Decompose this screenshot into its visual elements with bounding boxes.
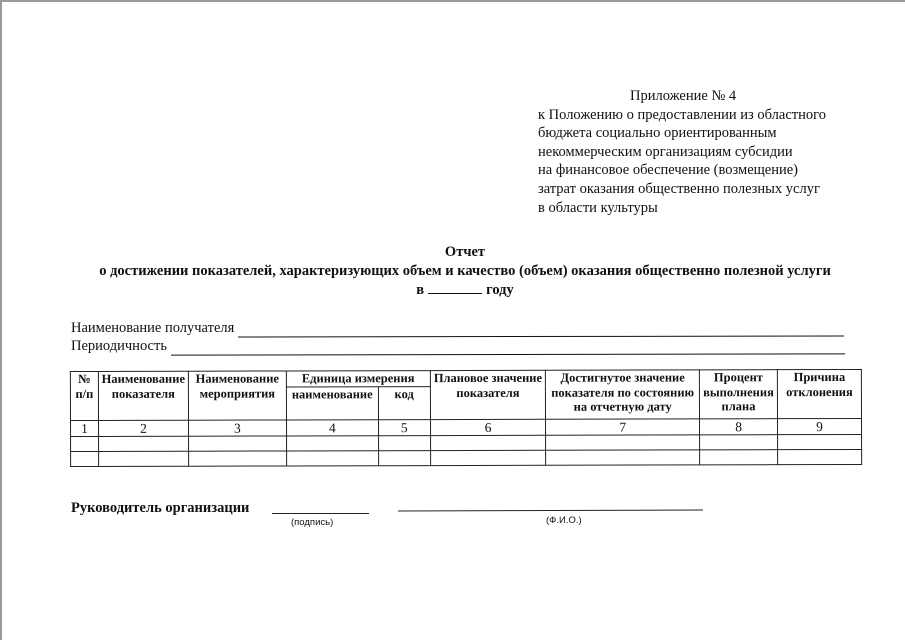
table-cell[interactable] xyxy=(778,434,862,449)
appendix-line: затрат оказания общественно полезных усл… xyxy=(538,180,858,199)
header-event-name: Наименование мероприятия xyxy=(188,371,286,420)
header-indicator-name: Наименование показателя xyxy=(98,371,188,420)
full-name-caption: (Ф.И.О.) xyxy=(546,515,582,526)
table-cell[interactable] xyxy=(286,435,378,450)
table-cell[interactable] xyxy=(99,451,189,466)
column-number: 8 xyxy=(700,418,778,434)
column-number: 3 xyxy=(188,419,286,435)
signature-field[interactable] xyxy=(272,513,369,514)
periodicity-field-row: Периодичность xyxy=(71,338,845,355)
column-number: 4 xyxy=(286,419,378,435)
column-number: 2 xyxy=(98,420,188,436)
header-achieved-value: Достигнутое значение показателя по состо… xyxy=(546,370,700,419)
signature-caption: (подпись) xyxy=(291,517,333,528)
header-unit-code: код xyxy=(378,386,430,419)
table-cell[interactable] xyxy=(98,436,188,451)
appendix-line: к Положению о предоставлении из областно… xyxy=(538,106,858,125)
table-cell[interactable] xyxy=(430,450,546,465)
appendix-line: бюджета социально ориентированным xyxy=(538,124,858,143)
header-completion-percent: Процент выполнения плана xyxy=(699,370,777,419)
table-cell[interactable] xyxy=(546,434,700,449)
table-cell[interactable] xyxy=(430,435,546,450)
table-cell[interactable] xyxy=(700,449,778,464)
table-row xyxy=(71,449,862,466)
appendix-title: Приложение № 4 xyxy=(538,87,858,106)
appendix-line: на финансовое обеспечение (возмещение) xyxy=(538,161,858,180)
table-cell[interactable] xyxy=(778,449,862,464)
table-cell[interactable] xyxy=(286,450,378,465)
signature-label: Руководитель организации xyxy=(71,500,249,517)
year-blank-field[interactable] xyxy=(428,280,482,294)
recipient-label: Наименование получателя xyxy=(71,320,234,337)
report-table: № п/п Наименование показателя Наименован… xyxy=(70,369,862,467)
recipient-field-row: Наименование получателя xyxy=(71,320,844,337)
appendix-header: Приложение № 4 к Положению о предоставле… xyxy=(538,87,858,217)
report-title-block: Отчет о достижении показателей, характер… xyxy=(60,243,870,300)
header-planned-value: Плановое значение показателя xyxy=(430,370,546,419)
report-year-line: вгоду xyxy=(60,280,870,300)
table-cell[interactable] xyxy=(188,435,286,450)
table-cell[interactable] xyxy=(378,450,430,465)
periodicity-field[interactable] xyxy=(171,339,845,355)
year-suffix: году xyxy=(486,282,514,298)
header-col-number: № п/п xyxy=(70,371,98,420)
table-cell[interactable] xyxy=(700,434,778,449)
column-number: 7 xyxy=(546,418,700,434)
recipient-field[interactable] xyxy=(238,321,844,337)
table-cell[interactable] xyxy=(546,449,700,464)
periodicity-label: Периодичность xyxy=(71,338,167,355)
column-number: 1 xyxy=(71,420,99,436)
report-title: Отчет xyxy=(60,243,870,262)
table-cell[interactable] xyxy=(378,435,430,450)
year-prefix: в xyxy=(416,282,424,298)
header-row-1: № п/п Наименование показателя Наименован… xyxy=(70,369,861,387)
column-number: 6 xyxy=(430,419,546,435)
appendix-line: некоммерческим организациям субсидии xyxy=(538,143,858,162)
column-number: 5 xyxy=(378,419,430,435)
column-number: 9 xyxy=(778,418,862,434)
appendix-line: в области культуры xyxy=(538,199,858,218)
header-unit-name: наименование xyxy=(286,386,378,419)
table-cell[interactable] xyxy=(188,450,286,465)
table-cell[interactable] xyxy=(71,451,99,466)
header-unit-group: Единица измерения xyxy=(286,371,430,387)
table-cell[interactable] xyxy=(71,436,99,451)
report-subtitle: о достижении показателей, характеризующи… xyxy=(60,262,870,281)
header-deviation-reason: Причина отклонения xyxy=(777,369,861,418)
